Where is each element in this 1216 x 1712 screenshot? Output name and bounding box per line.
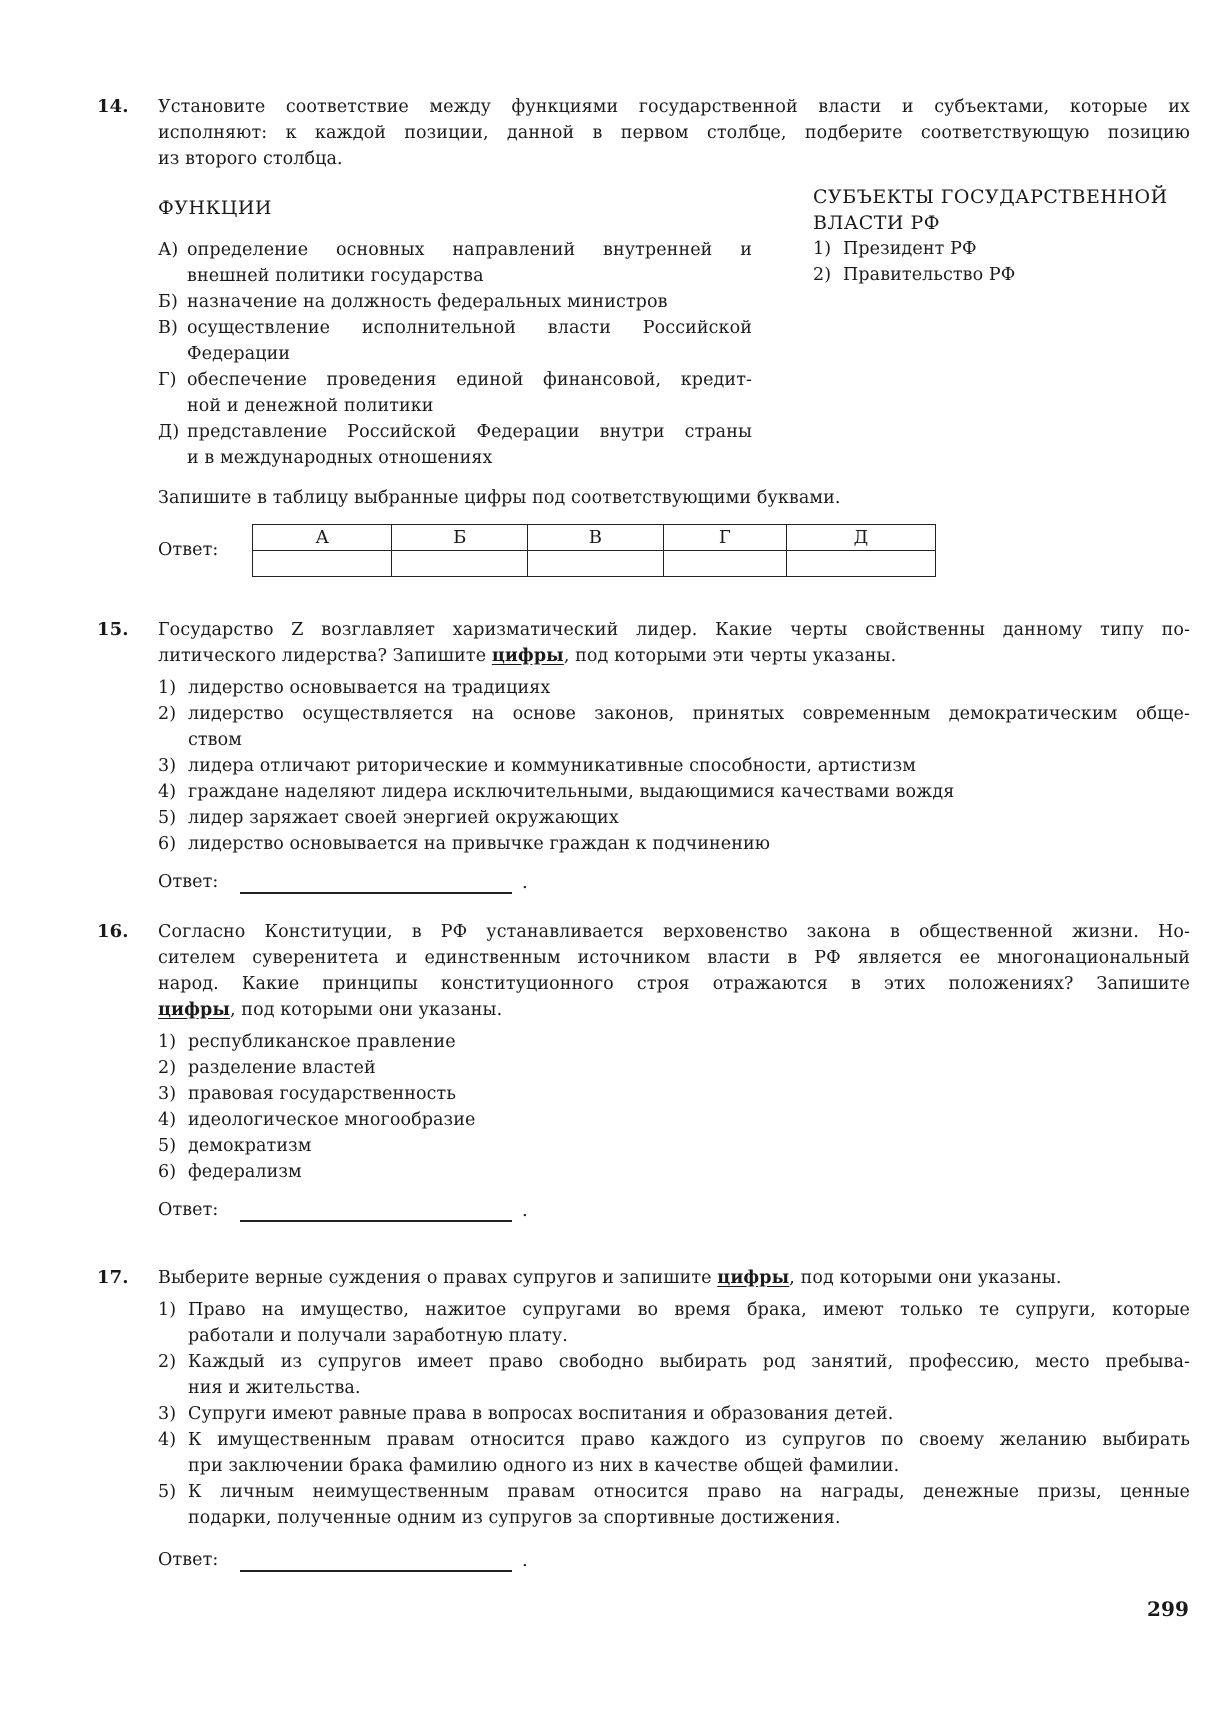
option-item: 3)Супруги имеют равные права в вопросах … xyxy=(158,1401,893,1427)
option-item: 5)лидер заряжает своей энергией окружающ… xyxy=(158,805,619,831)
function-text: назначение на должность федеральных мини… xyxy=(187,289,668,315)
question-text-line: Государство Z возглавляет харизматически… xyxy=(158,617,1190,643)
period: . xyxy=(522,872,528,893)
function-text: Федерации xyxy=(187,341,290,367)
option-text: ством xyxy=(188,727,242,753)
page-number: 299 xyxy=(1147,1596,1189,1622)
period: . xyxy=(522,1550,528,1571)
answer-cell-b[interactable] xyxy=(392,551,528,577)
answer-input-line[interactable] xyxy=(240,1570,512,1572)
option-item: 3)правовая государственность xyxy=(158,1081,456,1107)
functions-heading: ФУНКЦИИ xyxy=(158,195,272,221)
option-label: 4) xyxy=(158,1427,188,1453)
period: . xyxy=(522,1200,528,1221)
option-text: Каждый из супругов имеет право свободно … xyxy=(188,1349,1190,1375)
option-text: подарки, полученные одним из супругов за… xyxy=(188,1505,841,1531)
option-item: 4)граждане наделяют лидера исключительны… xyxy=(158,779,954,805)
answer-table: А Б В Г Д xyxy=(252,524,936,577)
option-item: 2)разделение властей xyxy=(158,1055,376,1081)
function-text: ной и денежной политики xyxy=(187,393,434,419)
function-label: В) xyxy=(158,315,178,341)
option-label: 2) xyxy=(158,701,188,727)
question-text-line: сителем суверенитета и единственным исто… xyxy=(158,945,1190,971)
option-item: 3)лидера отличают риторические и коммуни… xyxy=(158,753,916,779)
subjects-heading-line1: СУБЪЕКТЫ ГОСУДАРСТВЕННОЙ xyxy=(813,184,1168,210)
option-label: 5) xyxy=(158,1479,188,1505)
option-text: ния и жительства. xyxy=(188,1375,361,1401)
option-item: 1)республиканское правление xyxy=(158,1029,456,1055)
table-header-a: А xyxy=(253,525,392,551)
question-text-line: исполняют: к каждой позиции, данной в пе… xyxy=(158,120,1190,146)
function-label: А) xyxy=(158,237,178,263)
option-item: 4)идеологическое многообразие xyxy=(158,1107,475,1133)
question-number: 15. xyxy=(97,617,129,643)
function-text: внешней политики государства xyxy=(187,263,484,289)
question-text-line: литического лидерства? Запишите цифры, п… xyxy=(158,643,896,669)
table-instruction: Запишите в таблицу выбранные цифры под с… xyxy=(158,485,841,511)
option-text: Право на имущество, нажитое супругами во… xyxy=(188,1297,1190,1323)
answer-cell-d[interactable] xyxy=(787,551,936,577)
answer-cell-a[interactable] xyxy=(253,551,392,577)
option-text: работали и получали заработную плату. xyxy=(188,1323,568,1349)
answer-label: Ответ: xyxy=(158,1197,218,1223)
table-header-b: Б xyxy=(392,525,528,551)
option-item: 1)лидерство основывается на традициях xyxy=(158,675,550,701)
answer-cell-g[interactable] xyxy=(663,551,786,577)
emphasis-digits: цифры xyxy=(717,1268,789,1288)
option-item: 5)демократизм xyxy=(158,1133,311,1159)
question-text-line: Согласно Конституции, в РФ устанавливает… xyxy=(158,919,1190,945)
answer-label: Ответ: xyxy=(158,537,218,563)
answer-input-line[interactable] xyxy=(240,892,512,894)
function-label: Б) xyxy=(158,289,178,315)
option-label: 1) xyxy=(158,1297,188,1323)
question-text-line: народ. Какие принципы конституционного с… xyxy=(158,971,1190,997)
function-text: представление Российской Федерации внутр… xyxy=(187,419,752,445)
function-text: обеспечение проведения единой финансовой… xyxy=(187,367,752,393)
option-item: 6)федерализм xyxy=(158,1159,302,1185)
answer-label: Ответ: xyxy=(158,869,218,895)
option-label: 2) xyxy=(158,1349,188,1375)
question-number: 16. xyxy=(97,919,129,945)
question-number: 17. xyxy=(97,1265,129,1291)
question-text-line: Установите соответствие между функциями … xyxy=(158,94,1190,120)
subjects-heading-line2: ВЛАСТИ РФ xyxy=(813,210,940,236)
answer-cell-v[interactable] xyxy=(528,551,664,577)
option-text: К имущественным правам относится право к… xyxy=(188,1427,1190,1453)
function-label: Г) xyxy=(158,367,177,393)
option-text: К личным неимущественным правам относитс… xyxy=(188,1479,1190,1505)
answer-label: Ответ: xyxy=(158,1547,218,1573)
subject-item: 1)Президент РФ xyxy=(813,236,977,262)
table-header-d: Д xyxy=(787,525,936,551)
option-text: лидерство осуществляется на основе закон… xyxy=(188,701,1190,727)
question-text-line: Выберите верные суждения о правах супруг… xyxy=(158,1265,1062,1291)
function-label: Д) xyxy=(158,419,179,445)
subject-item: 2)Правительство РФ xyxy=(813,262,1015,288)
function-text: определение основных направлений внутрен… xyxy=(187,237,752,263)
emphasis-digits: цифры xyxy=(492,646,564,666)
option-item: 6)лидерство основывается на привычке гра… xyxy=(158,831,770,857)
table-header-g: Г xyxy=(663,525,786,551)
question-text-line: из второго столбца. xyxy=(158,146,343,172)
emphasis-digits: цифры xyxy=(158,1000,230,1020)
question-text-line: цифры, под которыми они указаны. xyxy=(158,997,502,1023)
function-text: осуществление исполнительной власти Росс… xyxy=(187,315,752,341)
table-header-v: В xyxy=(528,525,664,551)
answer-input-line[interactable] xyxy=(240,1220,512,1222)
function-text: и в международных отношениях xyxy=(187,445,493,471)
option-text: при заключении брака фамилию одного из н… xyxy=(188,1453,899,1479)
question-number: 14. xyxy=(97,94,129,120)
